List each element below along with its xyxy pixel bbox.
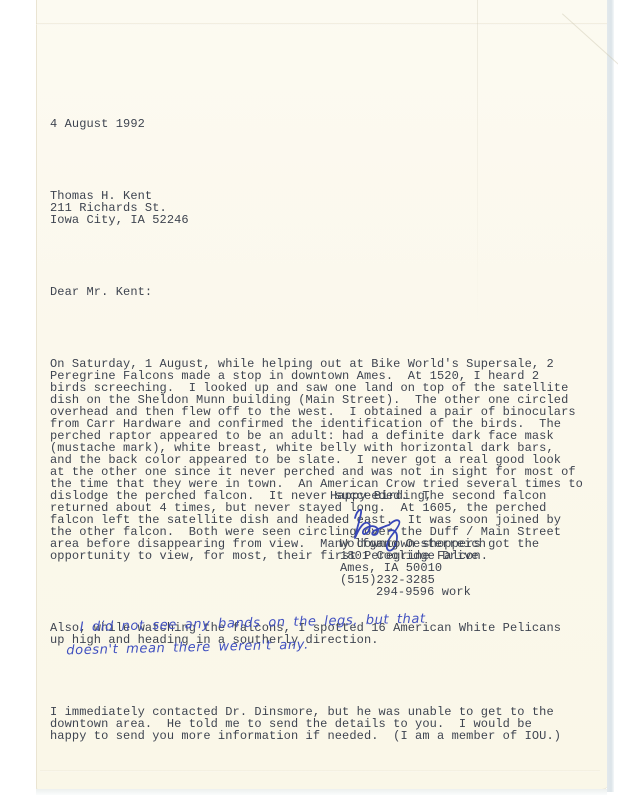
blank-line: [50, 250, 583, 262]
blank-line: [50, 670, 583, 682]
handwritten-postscript: I did not see any bands on the legs, but…: [65, 608, 426, 663]
body-line: happy to send you more information if ne…: [50, 730, 583, 742]
recipient-line: Iowa City, IA 52246: [50, 214, 583, 226]
scanned-letter-page: 4 August 1992 Thomas H. Kent211 Richards…: [0, 0, 618, 800]
blank-line: [50, 154, 583, 166]
paragraph-3: I immediately contacted Dr. Dinsmore, bu…: [50, 706, 583, 742]
blank-line: [50, 586, 583, 598]
letter-typed-block: 4 August 1992 Thomas H. Kent211 Richards…: [50, 94, 583, 766]
sender-line: 294-9596 work: [340, 586, 486, 598]
paper-right-edge: [607, 0, 614, 792]
paper-bottom-edge: [36, 789, 607, 795]
sender-address-block: Wolfgang Oesterreich1801 Coolidge DriveA…: [340, 538, 486, 598]
salutation: Dear Mr. Kent:: [50, 286, 583, 298]
body-line: opportunity to view, for most, their fir…: [50, 550, 583, 562]
letter-date: 4 August 1992: [50, 118, 583, 130]
paper-crease-top: [36, 23, 607, 25]
paper-crease-bottom: [40, 770, 600, 772]
closing-line: Happy Birding,: [330, 490, 432, 502]
paragraph-1: On Saturday, 1 August, while helping out…: [50, 358, 583, 562]
recipient-address: Thomas H. Kent211 Richards St.Iowa City,…: [50, 190, 583, 226]
blank-line: [50, 322, 583, 334]
